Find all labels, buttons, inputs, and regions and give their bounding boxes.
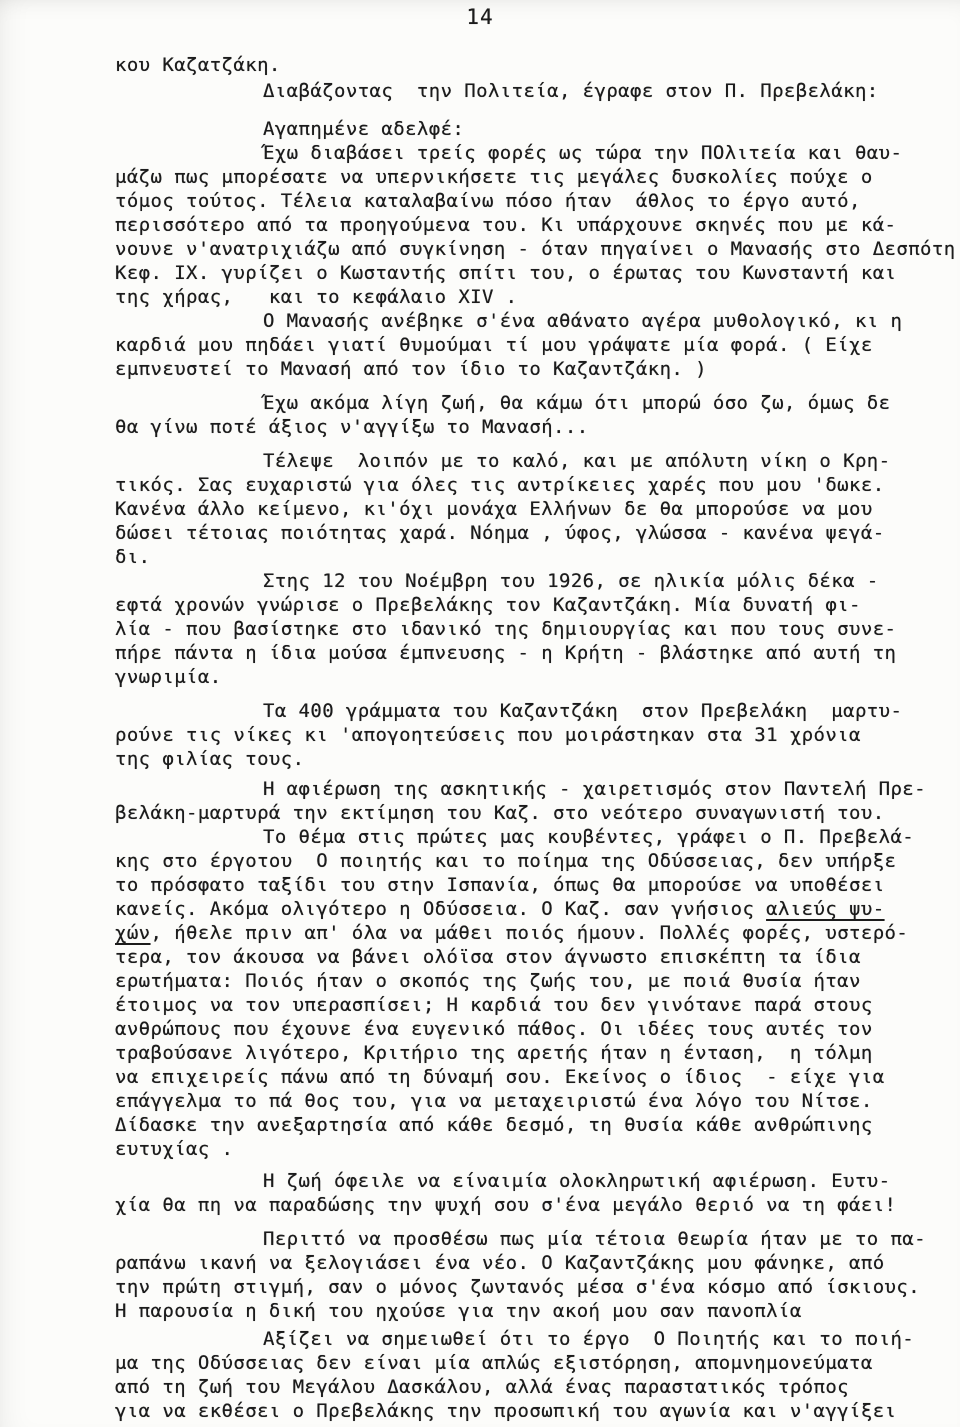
text-line: μα της Οδύσσειας δεν είναι μία απλώς εξι… bbox=[115, 1351, 958, 1375]
text-line: Διαβάζοντας την Πολιτεία, έγραφε στον Π.… bbox=[115, 79, 958, 103]
text-line: θα γίνω ποτέ άξιος ν'αγγίξω το Μανασή... bbox=[115, 415, 958, 439]
text-segment: της χήρας, και το κεφάλαιο XIV . bbox=[115, 286, 518, 308]
text-line: για να εκθέσει ο Πρεβελάκης την προσωπικ… bbox=[115, 1399, 958, 1423]
text-segment: ρούνε τις νίκες κι 'απογοητεύσεις που μο… bbox=[115, 724, 861, 746]
text-segment: Αγαπημένε αδελφέ: bbox=[263, 118, 464, 140]
text-line: πήρε πάντα η ίδια μούσα έμπνευσης - η Κρ… bbox=[115, 641, 958, 665]
text-segment: τραβούσανε λιγότερο, Κριτήριο της αρετής… bbox=[115, 1042, 873, 1064]
text-line: τραβούσανε λιγότερο, Κριτήριο της αρετής… bbox=[115, 1041, 958, 1065]
text-segment: Διαβάζοντας την Πολιτεία, έγραφε στον Π.… bbox=[263, 80, 879, 102]
text-segment: της φιλίας τους. bbox=[115, 748, 304, 770]
text-segment: δι. bbox=[115, 546, 151, 568]
text-line: Δίδασκε την ανεξαρτησία από κάθε δεσμό, … bbox=[115, 1113, 958, 1137]
text-line: Αξίζει να σημειωθεί ότι το έργο Ο Ποιητή… bbox=[115, 1327, 958, 1351]
text-line: βελάκη-μαρτυρά την εκτίμηση του Καζ. στο… bbox=[115, 801, 958, 825]
text-segment: Κανένα άλλο κείμενο, κι'όχι μονάχα Ελλήν… bbox=[115, 498, 873, 520]
text-line: Το θέμα στις πρώτες μας κουβέντες, γράφε… bbox=[115, 825, 958, 849]
text-segment: Τέλεψε λοιπόν με το καλό, και με απόλυτη… bbox=[263, 450, 890, 472]
text-segment: εφτά χρονών γνώρισε ο Πρεβελάκης τον Καζ… bbox=[115, 594, 861, 616]
text-line: ευτυχίας . bbox=[115, 1137, 958, 1161]
text-line: Έχω διαβάσει τρείς φορές ως τώρα την ΠΟλ… bbox=[115, 141, 958, 165]
text-line: της φιλίας τους. bbox=[115, 747, 958, 771]
text-line: Η αφιέρωση της ασκητικής - χαιρετισμός σ… bbox=[115, 777, 958, 801]
text-segment: την πρώτη στιγμή, σαν ο μόνος ζωντανός μ… bbox=[115, 1276, 920, 1298]
text-segment: κου Καζατζάκη. bbox=[115, 54, 281, 76]
text-line: δι. bbox=[115, 545, 958, 569]
text-segment: μα της Οδύσσειας δεν είναι μία απλώς εξι… bbox=[115, 1352, 873, 1374]
text-segment: Η παρουσία η δική του ηχούσε για την ακο… bbox=[115, 1300, 802, 1322]
text-line: έτοιμος να τον υπερασπίσει; Η καρδιά του… bbox=[115, 993, 958, 1017]
text-line: ρούνε τις νίκες κι 'απογοητεύσεις που μο… bbox=[115, 723, 958, 747]
text-segment: Στης 12 του Νοέμβρη του 1926, σε ηλικία … bbox=[263, 570, 879, 592]
text-line: Περιττό να προσθέσω πως μία τέτοια θεωρί… bbox=[115, 1227, 958, 1251]
text-segment: να επιχειρείς πάνω από τη δύναμή σου. Εκ… bbox=[115, 1066, 885, 1088]
text-line: Η ζωή όφειλε να είναιμία ολοκληρωτική αφ… bbox=[115, 1169, 958, 1193]
text-line: τόμος τούτος. Τέλεια καταλαβαίνω πόσο ήτ… bbox=[115, 189, 958, 213]
text-line: Στης 12 του Νοέμβρη του 1926, σε ηλικία … bbox=[115, 569, 958, 593]
text-line: καρδιά μου πηδάει γιατί θυμούμαι τί μου … bbox=[115, 333, 958, 357]
text-line: κανείς. Ακόμα ολιγότερο η Οδύσσεια. Ο Κα… bbox=[115, 897, 958, 921]
text-line: ερωτήματα: Ποιός ήταν ο σκοπός της ζωής … bbox=[115, 969, 958, 993]
text-line: Ο Μανασής ανέβηκε σ'ένα αθάνατο αγέρα μυ… bbox=[115, 309, 958, 333]
text-segment: έτοιμος να τον υπερασπίσει; Η καρδιά του… bbox=[115, 994, 873, 1016]
text-line: περισσότερο από τα προηγούμενα του. Κι υ… bbox=[115, 213, 958, 237]
text-segment: Κεφ. ΙΧ. γυρίζει ο Κωσταντής σπίτι του, … bbox=[115, 262, 896, 284]
page-number: 14 bbox=[0, 0, 960, 29]
text-segment: από τη ζωή του Μεγάλου Δασκάλου, αλλά έν… bbox=[115, 1376, 849, 1398]
text-line: χία θα πη να παραδώσης την ψυχή σου σ'έν… bbox=[115, 1193, 958, 1217]
text-line: Τέλεψε λοιπόν με το καλό, και με απόλυτη… bbox=[115, 449, 958, 473]
text-segment: τικός. Σας ευχαριστώ για όλες τις αντρίκ… bbox=[115, 474, 885, 496]
text-line: Η παρουσία η δική του ηχούσε για την ακο… bbox=[115, 1299, 958, 1323]
text-segment: ανθρώπους που έχουνε ένα ευγενικό πάθος.… bbox=[115, 1018, 873, 1040]
text-segment: Περιττό να προσθέσω πως μία τέτοια θεωρί… bbox=[263, 1228, 926, 1250]
text-segment: Τα 400 γράμματα του Καζαντζάκη στον Πρεβ… bbox=[263, 700, 902, 722]
text-line: Τα 400 γράμματα του Καζαντζάκη στον Πρεβ… bbox=[115, 699, 958, 723]
text-line: μάζω πως μπορέσατε να υπερνικήσετε τις μ… bbox=[115, 165, 958, 189]
text-line: το πρόσφατο ταξίδι του στην Ισπανία, όπω… bbox=[115, 873, 958, 897]
text-line: κου Καζατζάκη. bbox=[115, 53, 958, 77]
text-line: γνωριμία. bbox=[115, 665, 958, 689]
text-segment: βελάκη-μαρτυρά την εκτίμηση του Καζ. στο… bbox=[115, 802, 885, 824]
text-segment: κανείς. Ακόμα ολιγότερο η Οδύσσεια. Ο Κα… bbox=[115, 898, 766, 920]
text-line: την πρώτη στιγμή, σαν ο μόνος ζωντανός μ… bbox=[115, 1275, 958, 1299]
text-segment: καρδιά μου πηδάει γιατί θυμούμαι τί μου … bbox=[115, 334, 873, 356]
text-line: της χήρας, και το κεφάλαιο XIV . bbox=[115, 285, 958, 309]
text-segment: περισσότερο από τα προηγούμενα του. Κι υ… bbox=[115, 214, 896, 236]
text-segment: θα γίνω ποτέ άξιος ν'αγγίξω το Μανασή... bbox=[115, 416, 589, 438]
text-segment: ραπάνω ικανή να ξελογιάσει ένα νέο. Ο Κα… bbox=[115, 1252, 885, 1274]
text-line: Κεφ. ΙΧ. γυρίζει ο Κωσταντής σπίτι του, … bbox=[115, 261, 958, 285]
text-segment: μάζω πως μπορέσατε να υπερνικήσετε τις μ… bbox=[115, 166, 873, 188]
text-segment: για να εκθέσει ο Πρεβελάκης την προσωπικ… bbox=[115, 1400, 896, 1422]
text-line: να επιχειρείς πάνω από τη δύναμή σου. Εκ… bbox=[115, 1065, 958, 1089]
text-segment: νουνε ν'ανατριχιάζω από συγκίνηση - όταν… bbox=[115, 238, 956, 260]
text-line: δώσει τέτοιας ποιότητας χαρά. Νόημα , ύφ… bbox=[115, 521, 958, 545]
text-line: τικός. Σας ευχαριστώ για όλες τις αντρίκ… bbox=[115, 473, 958, 497]
text-segment: χία θα πη να παραδώσης την ψυχή σου σ'έν… bbox=[115, 1194, 896, 1216]
text-line: Κανένα άλλο κείμενο, κι'όχι μονάχα Ελλήν… bbox=[115, 497, 958, 521]
text-line: νουνε ν'ανατριχιάζω από συγκίνηση - όταν… bbox=[115, 237, 958, 261]
text-segment: κης στο έργοτου Ο ποιητής και το ποίημα … bbox=[115, 850, 896, 872]
text-line: από τη ζωή του Μεγάλου Δασκάλου, αλλά έν… bbox=[115, 1375, 958, 1399]
text-line: επάγγελμα το πά θος του, για να μεταχειρ… bbox=[115, 1089, 958, 1113]
text-line: Αγαπημένε αδελφέ: bbox=[115, 117, 958, 141]
text-line: κης στο έργοτου Ο ποιητής και το ποίημα … bbox=[115, 849, 958, 873]
text-segment: Η αφιέρωση της ασκητικής - χαιρετισμός σ… bbox=[263, 778, 926, 800]
text-segment: το πρόσφατο ταξίδι του στην Ισπανία, όπω… bbox=[115, 874, 885, 896]
text-line: Έχω ακόμα λίγη ζωή, θα κάμω ότι μπορώ όσ… bbox=[115, 391, 958, 415]
text-line: εμπνευστεί το Μανασή από τον ίδιο το Καζ… bbox=[115, 357, 958, 381]
text-line: χών, ήθελε πριν απ' όλα να μάθει ποιός ή… bbox=[115, 921, 958, 945]
text-segment: επάγγελμα το πά θος του, για να μεταχειρ… bbox=[115, 1090, 873, 1112]
text-segment: Έχω ακόμα λίγη ζωή, θα κάμω ότι μπορώ όσ… bbox=[263, 392, 890, 414]
text-segment: ερωτήματα: Ποιός ήταν ο σκοπός της ζωής … bbox=[115, 970, 861, 992]
text-line: λία - που βασίστηκε στο ιδανικό της δημι… bbox=[115, 617, 958, 641]
text-segment: Ο Μανασής ανέβηκε σ'ένα αθάνατο αγέρα μυ… bbox=[263, 310, 902, 332]
text-line: ανθρώπους που έχουνε ένα ευγενικό πάθος.… bbox=[115, 1017, 958, 1041]
text-segment: Έχω διαβάσει τρείς φορές ως τώρα την ΠΟλ… bbox=[263, 142, 902, 164]
text-segment: τερα, τον άκουσα να βάνει ολόϊσα στον άγ… bbox=[115, 946, 861, 968]
text-line: εφτά χρονών γνώρισε ο Πρεβελάκης τον Καζ… bbox=[115, 593, 958, 617]
text-segment: Η ζωή όφειλε να είναιμία ολοκληρωτική αφ… bbox=[263, 1170, 890, 1192]
text-segment: γνωριμία. bbox=[115, 666, 222, 688]
underlined-text: αλιεύς ψυ- bbox=[766, 898, 884, 920]
text-segment: λία - που βασίστηκε στο ιδανικό της δημι… bbox=[115, 618, 896, 640]
underlined-text: χών bbox=[115, 922, 151, 944]
text-segment: , ήθελε πριν απ' όλα να μάθει ποιός ήμου… bbox=[151, 922, 909, 944]
text-segment: Αξίζει να σημειωθεί ότι το έργο Ο Ποιητή… bbox=[263, 1328, 914, 1350]
text-segment: τόμος τούτος. Τέλεια καταλαβαίνω πόσο ήτ… bbox=[115, 190, 861, 212]
text-line: ραπάνω ικανή να ξελογιάσει ένα νέο. Ο Κα… bbox=[115, 1251, 958, 1275]
text-segment: εμπνευστεί το Μανασή από τον ίδιο το Καζ… bbox=[115, 358, 707, 380]
text-segment: πήρε πάντα η ίδια μούσα έμπνευσης - η Κρ… bbox=[115, 642, 896, 664]
text-line: τερα, τον άκουσα να βάνει ολόϊσα στον άγ… bbox=[115, 945, 958, 969]
text-segment: Δίδασκε την ανεξαρτησία από κάθε δεσμό, … bbox=[115, 1114, 873, 1136]
text-segment: δώσει τέτοιας ποιότητας χαρά. Νόημα , ύφ… bbox=[115, 522, 885, 544]
text-segment: ευτυχίας . bbox=[115, 1138, 233, 1160]
document-page: 14 κου Καζατζάκη.Διαβάζοντας την Πολιτεί… bbox=[0, 0, 960, 1427]
text-segment: Το θέμα στις πρώτες μας κουβέντες, γράφε… bbox=[263, 826, 914, 848]
document-body: κου Καζατζάκη.Διαβάζοντας την Πολιτεία, … bbox=[0, 53, 960, 1423]
